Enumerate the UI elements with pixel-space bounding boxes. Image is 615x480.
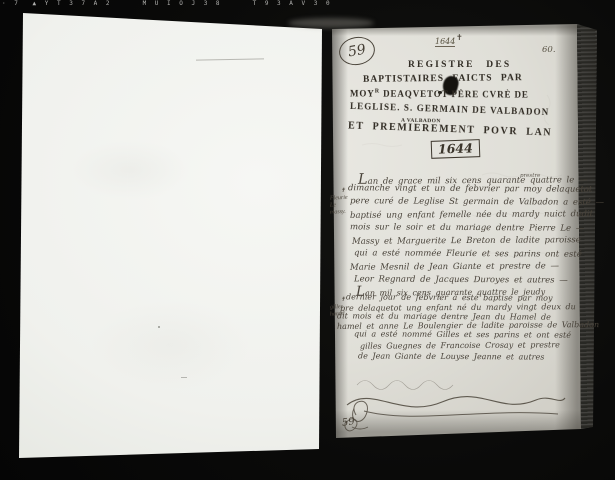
title-line-3-rest: DEAQVETOT PÈRE CVRÈ DE (380, 89, 529, 100)
entry-line: qui a esté nommée Fleurie et ses parins … (354, 248, 582, 259)
faint-pencil-line (196, 58, 264, 60)
entry-line: Massy et Marguerite Le Breton de ladite … (352, 235, 581, 247)
manuscript-content: 59 1644 ✝ 60. REGISTRE DES BAPTISTAIRES … (332, 25, 582, 440)
signature-flourish (332, 377, 572, 432)
top-date-note: 1644 (435, 37, 455, 47)
paper-speck (158, 326, 160, 328)
bottom-page-number: 59 (341, 416, 355, 429)
title-line-1: REGISTRE DES (408, 60, 511, 70)
folio-number: 60. (542, 45, 556, 55)
film-edge-code: · 7 ▲ Y T 3 7 A 2 M U I O J 3 8 T 9 3 A … (2, 0, 302, 7)
entry-line: pere curé de Leglise St germain de Valba… (350, 196, 604, 208)
entry-line: mois sur le soir et du mariage dentre Pi… (350, 222, 584, 233)
microfilm-scan: · 7 ▲ Y T 3 7 A 2 M U I O J 3 8 T 9 3 A … (0, 0, 615, 480)
entry-line: de Jean Giante de Louyse Jeanne et autre… (358, 351, 544, 361)
entry-line: gilles Guegnes de Francoise Crosay et pr… (360, 340, 560, 350)
entry-line: dernier jour de febvrier a esté baptisé … (346, 292, 553, 302)
boxed-year: 1644 (431, 139, 480, 159)
entry-line: qui a esté nommé Gilles et ses parins et… (354, 329, 571, 339)
entry-line: dimanche vingt et un de febvrier par moy… (348, 183, 592, 194)
paper-speck (181, 377, 187, 378)
cross-mark-icon: ✝ (456, 33, 463, 42)
paper-smudge (90, 300, 250, 390)
interlinear-insertion: prestre (520, 173, 540, 179)
title-line-3: MOYR DEAQVETOT PÈRE CVRÈ DE (350, 88, 529, 99)
title-line-3-moy: MOY (350, 88, 375, 98)
paper-smudge (70, 140, 190, 200)
entry-line: baptisé ung enfant femelle née du mardy … (350, 209, 593, 221)
entry-line: Marie Mesnil de Jean Giante et prestre d… (350, 261, 559, 272)
